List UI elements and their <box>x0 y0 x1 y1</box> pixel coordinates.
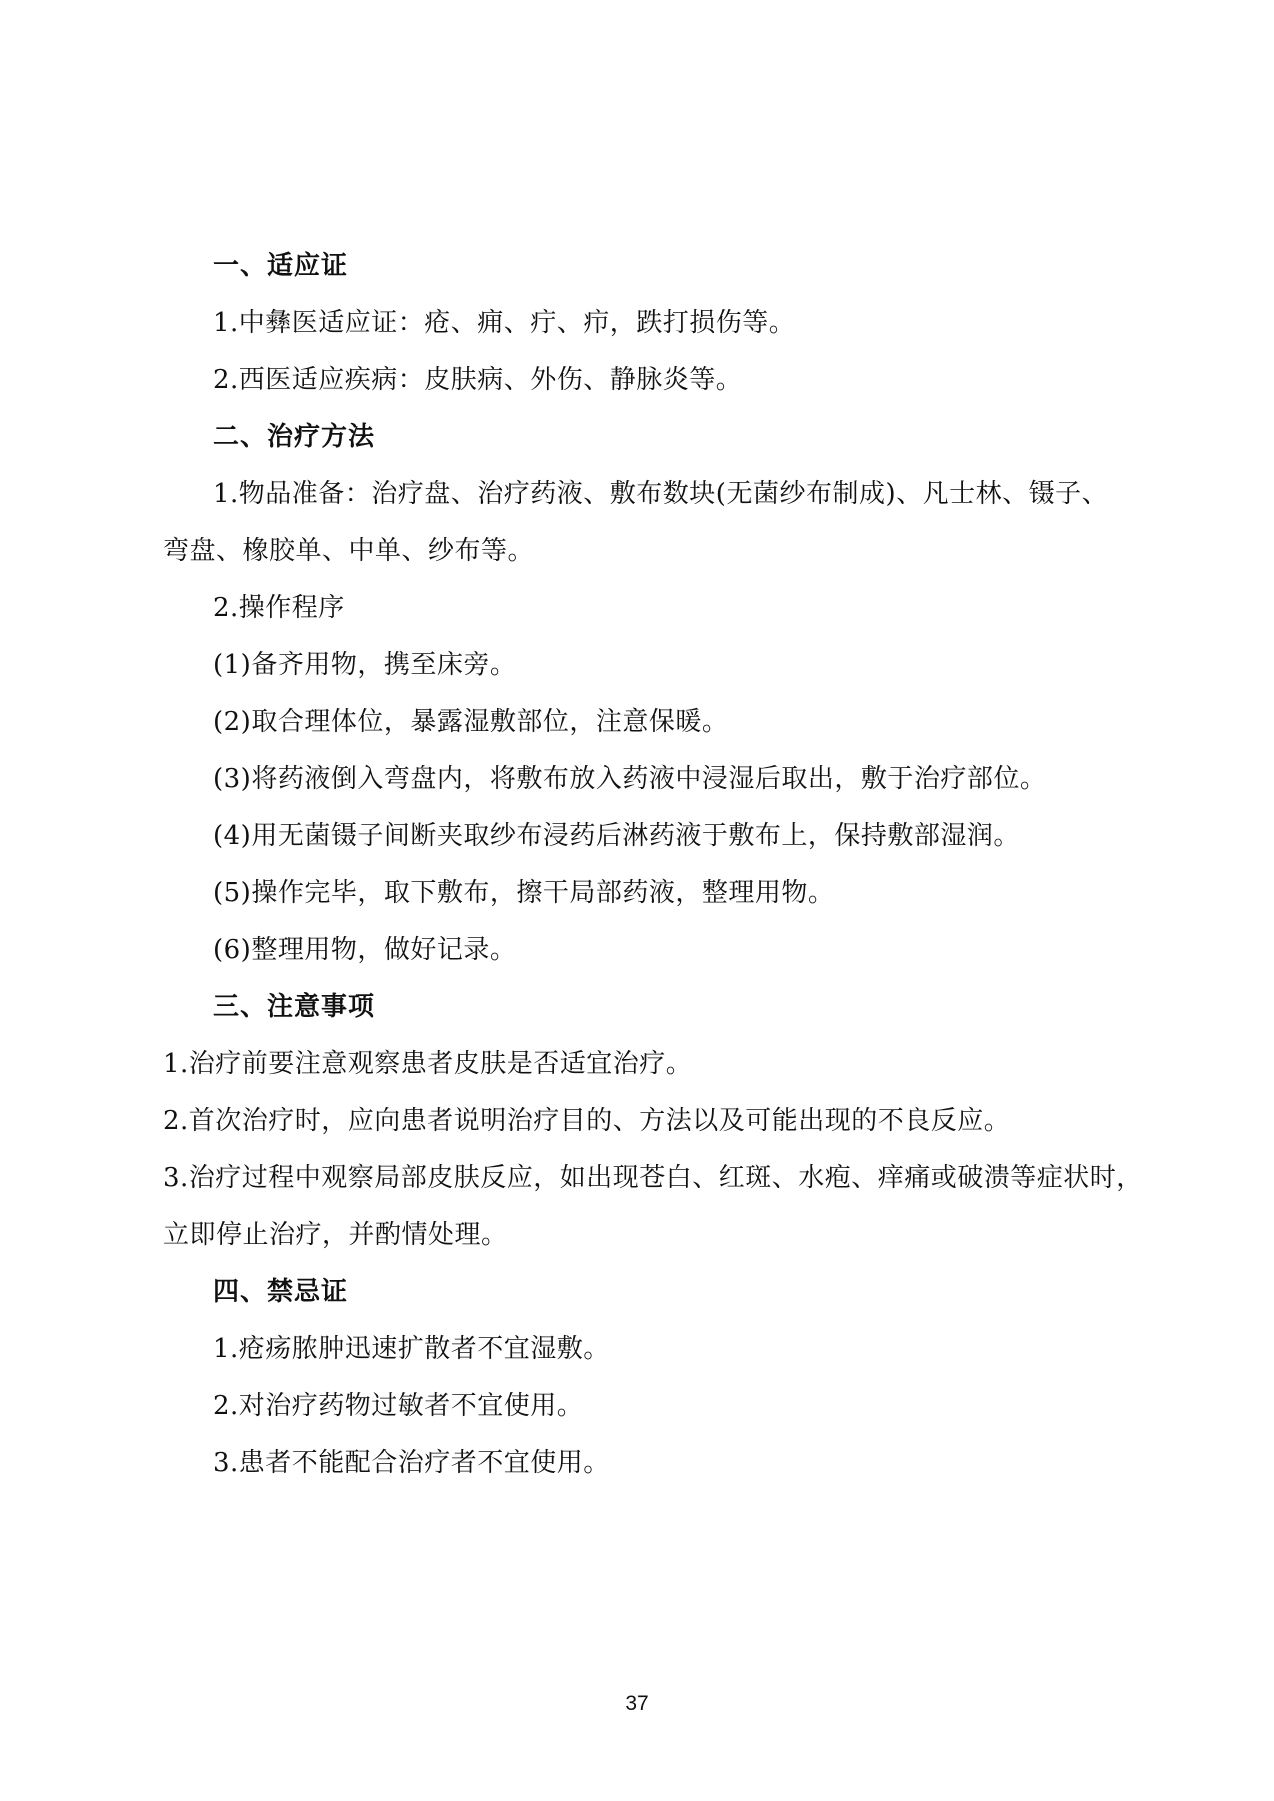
section-heading-contraindications: 四、禁忌证 <box>163 1264 1173 1321</box>
document-line: 2.对治疗药物过敏者不宜使用。 <box>163 1378 1173 1435</box>
document-line: 1.疮疡脓肿迅速扩散者不宜湿敷。 <box>163 1321 1173 1378</box>
document-line: (3)将药液倒入弯盘内，将敷布放入药液中浸湿后取出，敷于治疗部位。 <box>163 751 1173 808</box>
document-line: 3.患者不能配合治疗者不宜使用。 <box>163 1435 1173 1492</box>
document-page: 一、适应证 1.中彝医适应证：疮、痈、疔、疖，跌打损伤等。 2.西医适应疾病：皮… <box>0 0 1274 1801</box>
document-line: (4)用无菌镊子间断夹取纱布浸药后淋药液于敷布上，保持敷部湿润。 <box>163 808 1173 865</box>
section-heading-treatment-method: 二、治疗方法 <box>163 409 1173 466</box>
document-line: (6)整理用物，做好记录。 <box>163 922 1173 979</box>
document-line: 1.治疗前要注意观察患者皮肤是否适宜治疗。 <box>163 1036 1173 1093</box>
document-content: 一、适应证 1.中彝医适应证：疮、痈、疔、疖，跌打损伤等。 2.西医适应疾病：皮… <box>163 238 1173 1492</box>
document-line: (1)备齐用物，携至床旁。 <box>163 637 1173 694</box>
section-heading-indications: 一、适应证 <box>163 238 1173 295</box>
document-line: 立即停止治疗，并酌情处理。 <box>163 1207 1173 1264</box>
document-line: (2)取合理体位，暴露湿敷部位，注意保暖。 <box>163 694 1173 751</box>
document-line: 2.操作程序 <box>163 580 1173 637</box>
document-line: 2.西医适应疾病：皮肤病、外伤、静脉炎等。 <box>163 352 1173 409</box>
document-line: 1.物品准备：治疗盘、治疗药液、敷布数块(无菌纱布制成)、凡士林、镊子、 <box>163 466 1173 523</box>
section-heading-precautions: 三、注意事项 <box>163 979 1173 1036</box>
document-line: 1.中彝医适应证：疮、痈、疔、疖，跌打损伤等。 <box>163 295 1173 352</box>
document-line: 3.治疗过程中观察局部皮肤反应，如出现苍白、红斑、水疱、痒痛或破溃等症状时， <box>163 1150 1173 1207</box>
page-number: 37 <box>0 1692 1274 1716</box>
document-line: 2.首次治疗时，应向患者说明治疗目的、方法以及可能出现的不良反应。 <box>163 1093 1173 1150</box>
document-line: 弯盘、橡胶单、中单、纱布等。 <box>163 523 1173 580</box>
document-line: (5)操作完毕，取下敷布，擦干局部药液，整理用物。 <box>163 865 1173 922</box>
